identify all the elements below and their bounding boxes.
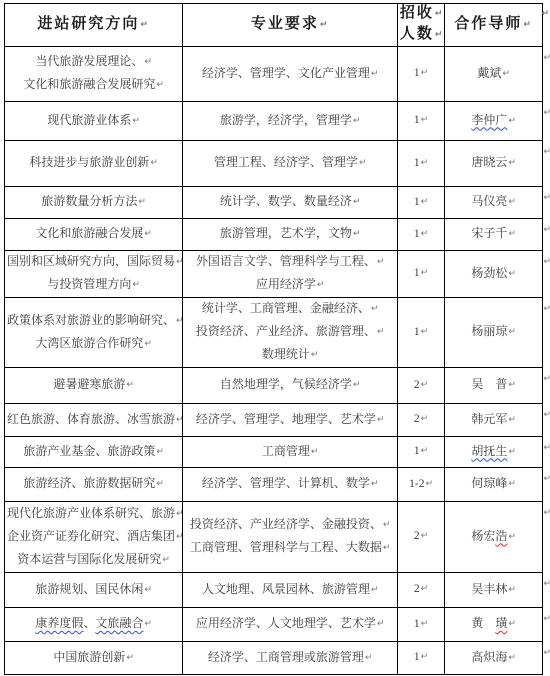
row-end-mark: ↵ <box>543 503 550 524</box>
cell-text: 何琼峰 <box>471 476 507 490</box>
row-end-mark: ↵ <box>543 252 550 273</box>
cell-text: 旅游管理，艺术学，文物 <box>220 226 352 240</box>
cell-line: 旅游数量分析方法↵ <box>7 191 180 214</box>
paragraph-end-mark: ↵ <box>353 229 361 239</box>
cell-text: 2 <box>414 379 420 391</box>
cell-line: 吴 普↵ <box>447 374 540 397</box>
majors-cell: 经济学、管理学、文化产业管理↵ <box>183 47 398 102</box>
cell-text: 自然地理学，气候经济学 <box>220 377 352 391</box>
cell-line: 大湾区旅游合作研究↵ <box>7 333 180 356</box>
paragraph-end-mark: ↵ <box>377 327 385 337</box>
paragraph-end-mark: ↵ <box>421 652 429 662</box>
cell-text: 专业要求 <box>251 16 319 32</box>
cell-text: 政策体系对旅游业的影响研究、 <box>7 313 175 327</box>
cell-text: 合作导师 <box>454 16 522 32</box>
paragraph-end-mark: ↵ <box>144 57 152 67</box>
advisor-cell: 杨丽琼↵↵ <box>445 298 543 368</box>
paragraph-end-mark: ↵ <box>421 327 429 337</box>
paragraph-end-mark: ↵ <box>425 479 433 489</box>
table-row: 科技进步与旅游业创新↵管理工程、经济学、管理学↵1↵唐晓云↵↵ <box>5 141 543 187</box>
cell-text: 黄 <box>471 616 495 630</box>
count-cell: 1↵ <box>397 437 444 468</box>
cell-text: 外国语言文学、管理科学与工程、 <box>196 254 376 268</box>
cell-text: 杨丽琼 <box>471 324 507 338</box>
row-end-mark: ↵ <box>543 369 550 390</box>
cell-line: 杨丽琼↵ <box>447 321 540 344</box>
cell-text: 旅游学，经济学，管理学 <box>220 113 352 127</box>
paragraph-end-mark: ↵ <box>421 68 429 78</box>
direction-cell: 旅游规划、国民休闲↵ <box>5 573 183 608</box>
paragraph-end-mark: ↵ <box>144 339 152 349</box>
spellcheck-underlined-text: 浩 <box>495 529 507 543</box>
cell-text: 经济学、管理学、计算机、数学 <box>202 476 370 490</box>
advisor-cell: 何琼峰↵↵ <box>445 468 543 502</box>
cell-line: 红色旅游、体育旅游、冰雪旅游↵ <box>7 409 180 432</box>
direction-cell: 旅游经济、旅游数据研究↵ <box>5 468 183 502</box>
paragraph-end-mark: ↵ <box>176 316 184 326</box>
majors-cell: 投资经济、产业经济学、金融投资、↵工商管理、管理科学与工程、大数据↵ <box>183 502 398 573</box>
direction-cell: 文化和旅游融合发展↵ <box>5 219 183 251</box>
paragraph-end-mark: ↵ <box>508 158 516 168</box>
cell-line: 人数↵ <box>400 25 442 46</box>
table-body: 当代旅游发展理论、↵文化和旅游融合发展研究↵经济学、管理学、文化产业管理↵1↵戴… <box>5 47 543 675</box>
cell-line: 1↵ <box>400 63 442 85</box>
paragraph-end-mark: ↵ <box>421 446 429 456</box>
cell-text: 戴斌 <box>477 66 501 80</box>
count-cell: 1↵ <box>397 187 444 219</box>
cell-line: 管理工程、经济学、管理学↵ <box>185 152 395 175</box>
cell-line: 唐晓云↵ <box>447 152 540 175</box>
paragraph-end-mark: ↵ <box>359 158 367 168</box>
direction-cell: 现代旅游业体系↵ <box>5 102 183 141</box>
row-end-mark: ↵ <box>543 103 550 124</box>
direction-cell: 避暑避寒旅游↵ <box>5 368 183 404</box>
paragraph-end-mark: ↵ <box>508 585 516 595</box>
cell-line: 中国旅游创新↵ <box>7 647 180 670</box>
paragraph-end-mark: ↵ <box>371 479 379 489</box>
majors-cell: 统计学、工商管理、金融经济、↵投资经济、产业经济、旅游管理、↵数理统计↵ <box>183 298 398 368</box>
cell-line: 2↵ <box>400 375 442 397</box>
header-count: 招收↵人数↵ <box>397 4 444 47</box>
cell-line: 旅游学，经济学，管理学↵ <box>185 110 395 133</box>
cell-text: 唐晓云 <box>471 155 507 169</box>
spellcheck-underlined-text: 康养度假 <box>35 616 83 630</box>
paragraph-end-mark: ↵ <box>435 30 445 40</box>
majors-cell: 工商管理↵ <box>183 437 398 468</box>
cell-text: 红色旅游、体育旅游、冰雪旅游 <box>7 412 175 426</box>
spellcheck-underlined-text: 璜 <box>495 616 507 630</box>
header-advisor: 合作导师↵↵ <box>445 4 543 47</box>
row-end-mark: ↵ <box>543 188 550 209</box>
count-cell: 1↵ <box>397 608 444 642</box>
count-cell: 1↵ <box>397 141 444 187</box>
cell-text: 韩元军 <box>471 412 507 426</box>
cell-line: 1↵ <box>400 322 442 344</box>
paragraph-end-mark: ↵ <box>144 229 152 239</box>
direction-cell: 中国旅游创新↵ <box>5 642 183 675</box>
direction-cell: 红色旅游、体育旅游、冰雪旅游↵ <box>5 404 183 437</box>
cell-text: 统计学、工商管理、金融经济、 <box>202 301 370 315</box>
cell-line: 政策体系对旅游业的影响研究、↵ <box>7 310 180 333</box>
advisor-cell: 杨宏浩↵↵ <box>445 502 543 573</box>
cell-text: 统计学、数学、数量经济 <box>220 194 352 208</box>
spellcheck-underlined-text: 文旅融合 <box>95 616 143 630</box>
paragraph-end-mark: ↵ <box>421 229 429 239</box>
cell-text: 企业资产证券化研究、酒店集团 <box>7 529 175 543</box>
cell-text: 资本运营与国际化发展研究 <box>17 552 161 566</box>
paragraph-end-mark: ↵ <box>311 350 319 360</box>
cell-line: 现代化旅游产业体系研究、旅游↵ <box>7 503 180 526</box>
paragraph-end-mark: ↵ <box>508 327 516 337</box>
cell-text: 1 <box>414 267 420 279</box>
table-row: 现代化旅游产业体系研究、旅游↵企业资产证券化研究、酒店集团↵资本运营与国际化发展… <box>5 502 543 573</box>
cell-text: 1 <box>414 114 420 126</box>
cell-line: 避暑避寒旅游↵ <box>7 374 180 397</box>
count-cell: 1↵ <box>397 47 444 102</box>
cell-text: 与投资管理方向 <box>47 277 131 291</box>
paragraph-end-mark: ↵ <box>502 69 510 79</box>
cell-text: 、 <box>83 616 95 630</box>
count-cell: 1↵ <box>397 298 444 368</box>
row-end-mark: ↵ <box>543 299 550 320</box>
paragraph-end-mark: ↵ <box>508 532 516 542</box>
cell-line: 何琼峰↵ <box>447 473 540 496</box>
cell-line: 现代旅游业体系↵ <box>7 110 180 133</box>
cell-line: 杨宏浩↵ <box>447 526 540 549</box>
cell-text: 人文地理、风景园林、旅游管理 <box>202 582 370 596</box>
table-row: 旅游产业基金、旅游政策↵工商管理↵1↵胡抚生↵↵ <box>5 437 543 468</box>
cell-text: 大湾区旅游合作研究 <box>35 336 143 350</box>
cell-line: 康养度假、文旅融合↵ <box>7 613 180 636</box>
paragraph-end-mark: ↵ <box>353 380 361 390</box>
cell-text: 杨劲松 <box>471 266 507 280</box>
paragraph-end-mark: ↵ <box>140 20 150 30</box>
cell-text: 旅游产业基金、旅游政策 <box>23 444 155 458</box>
advisor-cell: 马仪亮↵↵ <box>445 187 543 219</box>
cell-text: 投资经济、产业经济、旅游管理、 <box>196 324 376 338</box>
count-cell: 1↵ <box>397 251 444 298</box>
cell-line: 2↵ <box>400 409 442 431</box>
cell-line: 资本运营与国际化发展研究↵ <box>7 549 180 572</box>
cell-text: 吴丰林 <box>471 582 507 596</box>
cell-line: 数理统计↵ <box>185 344 395 367</box>
count-cell: 1↵ <box>397 642 444 675</box>
majors-cell: 自然地理学，气候经济学↵ <box>183 368 398 404</box>
cell-line: 吴丰林↵ <box>447 579 540 602</box>
cell-text: 马仪亮 <box>471 194 507 208</box>
cell-text: 工商管理、管理科学与工程、大数据 <box>190 540 382 554</box>
majors-cell: 旅游学，经济学，管理学↵ <box>183 102 398 141</box>
row-end-mark: ↵ <box>543 609 550 630</box>
cell-text: 1 <box>414 326 420 338</box>
direction-cell: 旅游产业基金、旅游政策↵ <box>5 437 183 468</box>
cell-text: 进站研究方向 <box>37 16 139 32</box>
paragraph-end-mark: ↵ <box>377 415 385 425</box>
cell-text: 宋子千 <box>471 226 507 240</box>
paragraph-end-mark: ↵ <box>383 520 391 530</box>
cell-text: 杨宏 <box>471 529 495 543</box>
cell-text: 经济学、管理学、文化产业管理 <box>202 66 370 80</box>
paragraph-end-mark: ↵ <box>126 380 134 390</box>
paragraph-end-mark: ↵ <box>371 585 379 595</box>
table-row: 旅游规划、国民休闲↵人文地理、风景园林、旅游管理↵2↵吴丰林↵↵ <box>5 573 543 608</box>
paragraph-end-mark: ↵ <box>132 280 140 290</box>
paragraph-end-mark: ↵ <box>176 532 184 542</box>
table-row: 红色旅游、体育旅游、冰雪旅游↵经济学、管理学、地理学、艺术学↵2↵韩元军↵↵ <box>5 404 543 437</box>
recruitment-table: 进站研究方向↵专业要求↵招收↵人数↵合作导师↵↵ 当代旅游发展理论、↵文化和旅游… <box>4 3 543 675</box>
cell-line: 人文地理、风景园林、旅游管理↵ <box>185 579 395 602</box>
paragraph-end-mark: ↵ <box>353 116 361 126</box>
direction-cell: 现代化旅游产业体系研究、旅游↵企业资产证券化研究、酒店集团↵资本运营与国际化发展… <box>5 502 183 573</box>
cell-text: 1-2 <box>409 478 424 490</box>
header-majors: 专业要求↵ <box>183 4 398 47</box>
direction-cell: 旅游数量分析方法↵ <box>5 187 183 219</box>
cell-text: 高炽海 <box>471 650 507 664</box>
cell-line: 专业要求↵ <box>185 15 395 36</box>
majors-cell: 经济学、工商管理或旅游管理↵ <box>183 642 398 675</box>
table-row: 政策体系对旅游业的影响研究、↵大湾区旅游合作研究↵统计学、工商管理、金融经济、↵… <box>5 298 543 368</box>
advisor-cell: 杨劲松↵↵ <box>445 251 543 298</box>
header-direction: 进站研究方向↵ <box>5 4 183 47</box>
cell-line: 进站研究方向↵ <box>7 15 180 36</box>
cell-text: 应用经济学 <box>256 277 316 291</box>
row-end-mark: ↵ <box>543 142 550 163</box>
table-row: 国别和区域研究方向，国际贸易↵与投资管理方向↵外国语言文学、管理科学与工程、↵应… <box>5 251 543 298</box>
cell-line: 黄 璜↵ <box>447 613 540 636</box>
direction-cell: 国别和区域研究方向，国际贸易↵与投资管理方向↵ <box>5 251 183 298</box>
paragraph-end-mark: ↵ <box>371 304 379 314</box>
advisor-cell: 韩元军↵↵ <box>445 404 543 437</box>
cell-line: 企业资产证券化研究、酒店集团↵ <box>7 526 180 549</box>
cell-line: 马仪亮↵ <box>447 191 540 214</box>
cell-line: 宋子千↵ <box>447 223 540 246</box>
cell-line: 工商管理↵ <box>185 441 395 464</box>
cell-text: 应用经济学、人文地理学、艺术学 <box>196 616 376 630</box>
cell-line: 1↵ <box>400 614 442 636</box>
table-row: 避暑避寒旅游↵自然地理学，气候经济学↵2↵吴 普↵↵ <box>5 368 543 404</box>
cell-line: 统计学、工商管理、金融经济、↵ <box>185 298 395 321</box>
cell-text: 旅游数量分析方法 <box>41 194 137 208</box>
majors-cell: 外国语言文学、管理科学与工程、↵应用经济学↵ <box>183 251 398 298</box>
row-end-mark: ↵ <box>543 405 550 426</box>
majors-cell: 管理工程、经济学、管理学↵ <box>183 141 398 187</box>
paragraph-end-mark: ↵ <box>383 543 391 553</box>
cell-text: 2 <box>414 413 420 425</box>
paragraph-end-mark: ↵ <box>176 509 184 519</box>
cell-line: 当代旅游发展理论、↵ <box>7 51 180 74</box>
cell-text: 1 <box>414 228 420 240</box>
count-cell: 2↵ <box>397 573 444 608</box>
cell-text: 2 <box>414 583 420 595</box>
count-cell: 1↵ <box>397 102 444 141</box>
paragraph-end-mark: ↵ <box>421 531 429 541</box>
cell-line: 国别和区域研究方向，国际贸易↵ <box>7 251 180 274</box>
cell-line: 与投资管理方向↵ <box>7 274 180 297</box>
cell-line: 李仲广↵ <box>447 110 540 133</box>
cell-text: 国别和区域研究方向，国际贸易 <box>7 254 175 268</box>
cell-text: 科技进步与旅游业创新 <box>29 155 149 169</box>
paragraph-end-mark: ↵ <box>435 9 445 19</box>
table-row: 旅游经济、旅游数据研究↵经济学、管理学、计算机、数学↵1-2↵何琼峰↵↵ <box>5 468 543 502</box>
row-end-mark: ↵ <box>543 643 550 664</box>
paragraph-end-mark: ↵ <box>150 158 158 168</box>
paragraph-end-mark: ↵ <box>138 197 146 207</box>
row-end-mark: ↵ <box>543 574 550 595</box>
cell-line: 戴斌↵ <box>447 63 540 86</box>
direction-cell: 当代旅游发展理论、↵文化和旅游融合发展研究↵ <box>5 47 183 102</box>
cell-text: 吴 普 <box>471 377 507 391</box>
cell-line: 2↵ <box>400 526 442 548</box>
cell-text: 1 <box>414 157 420 169</box>
cell-line: 1↵ <box>400 192 442 214</box>
cell-text: 1 <box>414 67 420 79</box>
count-cell: 2↵ <box>397 368 444 404</box>
paragraph-end-mark: ↵ <box>508 619 516 629</box>
cell-line: 经济学、管理学、文化产业管理↵ <box>185 63 395 86</box>
paragraph-end-mark: ↵ <box>508 415 516 425</box>
majors-cell: 经济学、管理学、地理学、艺术学↵ <box>183 404 398 437</box>
cell-line: 文化和旅游融合发展↵ <box>7 223 180 246</box>
advisor-cell: 胡抚生↵↵ <box>445 437 543 468</box>
cell-line: 杨劲松↵ <box>447 263 540 286</box>
paragraph-end-mark: ↵ <box>508 653 516 663</box>
row-end-mark: ↵ <box>543 220 550 241</box>
paragraph-end-mark: ↵ <box>508 116 516 126</box>
cell-line: 科技进步与旅游业创新↵ <box>7 152 180 175</box>
cell-text: 当代旅游发展理论、 <box>35 54 143 68</box>
paragraph-end-mark: ↵ <box>508 269 516 279</box>
cell-line: 旅游规划、国民休闲↵ <box>7 579 180 602</box>
paragraph-end-mark: ↵ <box>421 380 429 390</box>
cell-line: 胡抚生↵ <box>447 441 540 464</box>
paragraph-end-mark: ↵ <box>371 69 379 79</box>
cell-text: 投资经济、产业经济学、金融投资、 <box>190 517 382 531</box>
paragraph-end-mark: ↵ <box>365 653 373 663</box>
cell-text: 经济学、管理学、地理学、艺术学 <box>196 412 376 426</box>
direction-cell: 科技进步与旅游业创新↵ <box>5 141 183 187</box>
row-end-mark: ↵ <box>543 469 550 490</box>
cell-text: 1 <box>414 196 420 208</box>
paragraph-end-mark: ↵ <box>508 380 516 390</box>
advisor-cell: 李仲广↵↵ <box>445 102 543 141</box>
paragraph-end-mark: ↵ <box>508 447 516 457</box>
paragraph-end-mark: ↵ <box>353 197 361 207</box>
cell-line: 经济学、管理学、计算机、数学↵ <box>185 473 395 496</box>
cell-line: 1↵ <box>400 647 442 669</box>
paragraph-end-mark: ↵ <box>176 257 184 267</box>
paragraph-end-mark: ↵ <box>421 619 429 629</box>
row-end-mark: ↵ <box>543 438 550 459</box>
cell-line: 高炽海↵ <box>447 647 540 670</box>
paragraph-end-mark: ↵ <box>421 197 429 207</box>
paragraph-end-mark: ↵ <box>508 197 516 207</box>
paragraph-end-mark: ↵ <box>311 447 319 457</box>
cell-line: 统计学、数学、数量经济↵ <box>185 191 395 214</box>
majors-cell: 统计学、数学、数量经济↵ <box>183 187 398 219</box>
header-row: 进站研究方向↵专业要求↵招收↵人数↵合作导师↵↵ <box>5 4 543 47</box>
paragraph-end-mark: ↵ <box>317 280 325 290</box>
majors-cell: 经济学、管理学、计算机、数学↵ <box>183 468 398 502</box>
majors-cell: 应用经济学、人文地理学、艺术学↵ <box>183 608 398 642</box>
paragraph-end-mark: ↵ <box>421 115 429 125</box>
advisor-cell: 宋子千↵↵ <box>445 219 543 251</box>
spellcheck-underlined-text: 李仲广 <box>471 113 507 127</box>
table-row: 中国旅游创新↵经济学、工商管理或旅游管理↵1↵高炽海↵↵ <box>5 642 543 675</box>
paragraph-end-mark: ↵ <box>320 20 330 30</box>
cell-text: 1 <box>414 618 420 630</box>
direction-cell: 康养度假、文旅融合↵ <box>5 608 183 642</box>
count-cell: 2↵ <box>397 502 444 573</box>
cell-line: 1↵ <box>400 441 442 463</box>
cell-line: 1↵ <box>400 224 442 246</box>
table-row: 旅游数量分析方法↵统计学、数学、数量经济↵1↵马仪亮↵↵ <box>5 187 543 219</box>
table-row: 康养度假、文旅融合↵应用经济学、人文地理学、艺术学↵1↵黄 璜↵↵ <box>5 608 543 642</box>
cell-line: 自然地理学，气候经济学↵ <box>185 374 395 397</box>
paragraph-end-mark: ↵ <box>377 257 385 267</box>
paragraph-end-mark: ↵ <box>421 414 429 424</box>
cell-line: 旅游产业基金、旅游政策↵ <box>7 441 180 464</box>
cell-text: 管理工程、经济学、管理学 <box>214 155 358 169</box>
advisor-cell: 吴 普↵↵ <box>445 368 543 404</box>
cell-line: 招收↵ <box>400 4 442 25</box>
cell-line: 旅游管理，艺术学，文物↵ <box>185 223 395 246</box>
cell-text: 1 <box>414 651 420 663</box>
paragraph-end-mark: ↵ <box>508 479 516 489</box>
cell-line: 1-2↵ <box>400 474 442 496</box>
advisor-cell: 戴斌↵↵ <box>445 47 543 102</box>
direction-cell: 政策体系对旅游业的影响研究、↵大湾区旅游合作研究↵ <box>5 298 183 368</box>
table-header: 进站研究方向↵专业要求↵招收↵人数↵合作导师↵↵ <box>5 4 543 47</box>
cell-text: 旅游规划、国民休闲 <box>35 582 143 596</box>
count-cell: 1↵ <box>397 219 444 251</box>
cell-text: 工商管理 <box>262 444 310 458</box>
cell-text: 现代化旅游产业体系研究、旅游 <box>7 506 175 520</box>
paragraph-end-mark: ↵ <box>421 158 429 168</box>
table-row: 现代旅游业体系↵旅游学，经济学，管理学↵1↵李仲广↵↵ <box>5 102 543 141</box>
paragraph-end-mark: ↵ <box>156 447 164 457</box>
paragraph-end-mark: ↵ <box>176 415 184 425</box>
table-row: 当代旅游发展理论、↵文化和旅游融合发展研究↵经济学、管理学、文化产业管理↵1↵戴… <box>5 47 543 102</box>
cell-text: 中国旅游创新 <box>53 650 125 664</box>
cell-line: 旅游经济、旅游数据研究↵ <box>7 473 180 496</box>
paragraph-end-mark: ↵ <box>156 80 164 90</box>
cell-line: 应用经济学↵ <box>185 274 395 297</box>
cell-text: 避暑避寒旅游 <box>53 377 125 391</box>
cell-line: 工商管理、管理科学与工程、大数据↵ <box>185 537 395 560</box>
majors-cell: 人文地理、风景园林、旅游管理↵ <box>183 573 398 608</box>
cell-text: 招收 <box>400 5 434 21</box>
row-end-mark: ↵ <box>541 5 550 24</box>
paragraph-end-mark: ↵ <box>156 479 164 489</box>
paragraph-end-mark: ↵ <box>421 268 429 278</box>
paragraph-end-mark: ↵ <box>162 555 170 565</box>
cell-line: 韩元军↵ <box>447 409 540 432</box>
paragraph-end-mark: ↵ <box>144 585 152 595</box>
cell-text: 经济学、工商管理或旅游管理 <box>208 650 364 664</box>
cell-line: 经济学、工商管理或旅游管理↵ <box>185 647 395 670</box>
cell-line: 合作导师↵ <box>447 15 540 36</box>
paragraph-end-mark: ↵ <box>132 116 140 126</box>
cell-text: 文化和旅游融合发展研究 <box>23 77 155 91</box>
cell-text: 2 <box>414 530 420 542</box>
count-cell: 1-2↵ <box>397 468 444 502</box>
cell-line: 1↵ <box>400 110 442 132</box>
paragraph-end-mark: ↵ <box>126 653 134 663</box>
advisor-cell: 高炽海↵↵ <box>445 642 543 675</box>
advisor-cell: 吴丰林↵↵ <box>445 573 543 608</box>
advisor-cell: 黄 璜↵↵ <box>445 608 543 642</box>
cell-line: 外国语言文学、管理科学与工程、↵ <box>185 251 395 274</box>
